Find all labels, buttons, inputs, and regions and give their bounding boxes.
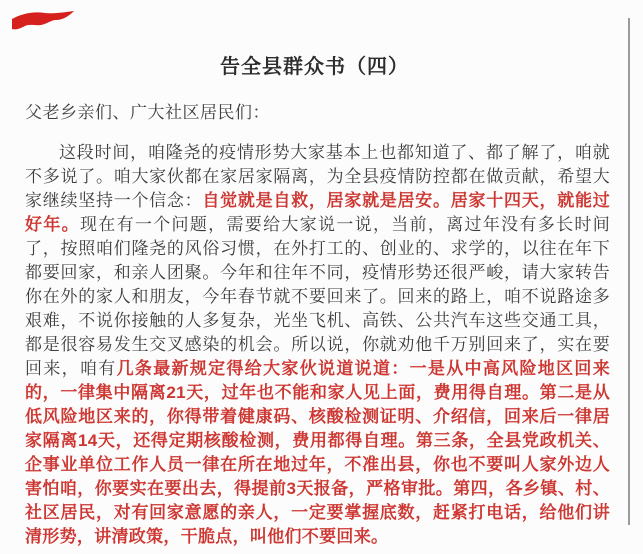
salutation-line: 父老乡亲们、广大社区居民们： <box>25 98 270 123</box>
paragraph-segment-highlight: 几条最新规定得给大家伙说道说道：一是从中高风险地区回来的，一律集中隔离21天，过… <box>25 359 610 546</box>
red-banner-icon <box>11 11 75 33</box>
paragraph-segment-normal: 现在有一个问题，需要给大家说一说，当前，离过年没有多长时间了，按照咱们隆尧的风俗… <box>25 215 610 378</box>
notice-page: 告全县群众书（四） 父老乡亲们、广大社区居民们： 这段时间，咱隆尧的疫情形势大家… <box>0 0 643 554</box>
right-border-divider <box>628 18 630 525</box>
notice-title: 告全县群众书（四） <box>0 50 629 79</box>
body-paragraph: 这段时间，咱隆尧的疫情形势大家基本上也都知道了、都了解了，咱就不多说了。咱大家伙… <box>25 141 610 549</box>
